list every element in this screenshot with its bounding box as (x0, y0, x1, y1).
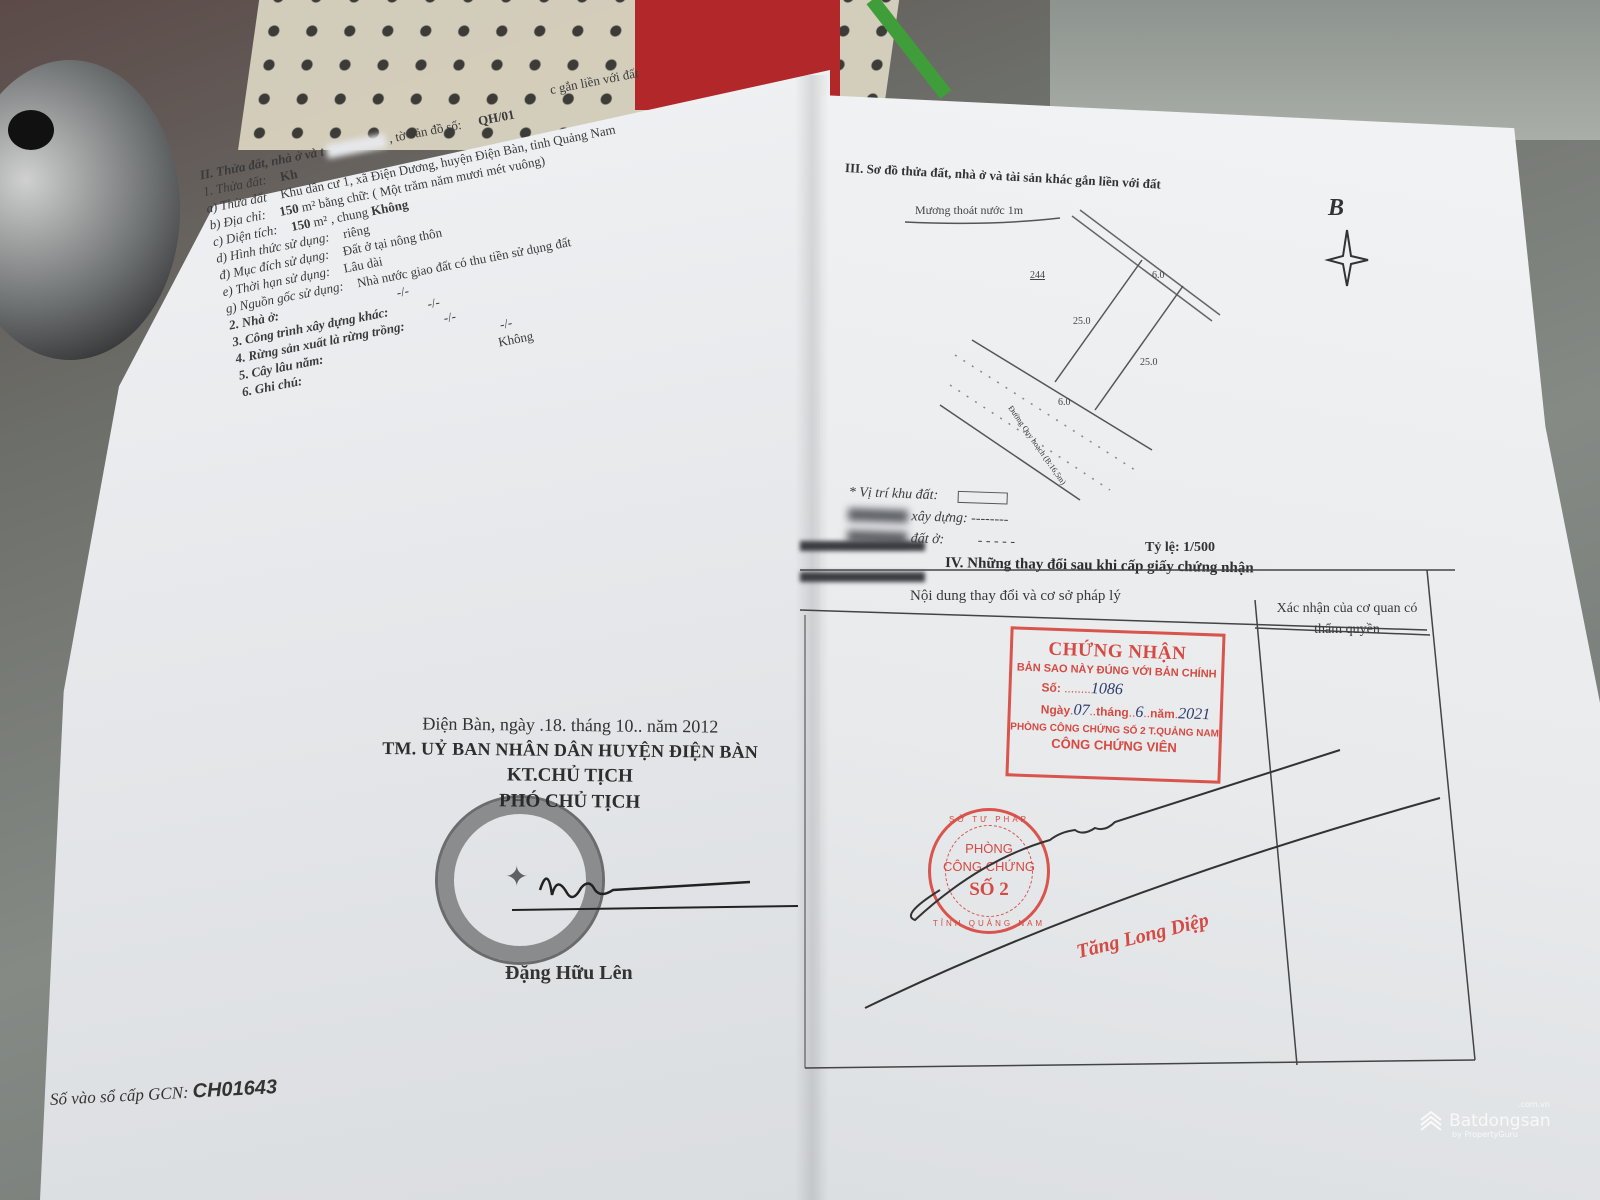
stamp-number: Số: ........1086 (1011, 677, 1221, 702)
table-header-changes: Nội dung thay đổi và cơ sở pháp lý (910, 588, 1121, 605)
issuer-signature-block: Điện Bàn, ngày .18. tháng 10.. năm 2012 … (354, 713, 785, 815)
watermark: Batdongsan .com.vn by PropertyGuru (1418, 1108, 1551, 1134)
svg-text:25.0: 25.0 (1073, 316, 1091, 327)
svg-text:25.0: 25.0 (1140, 357, 1158, 368)
forest-value: -/- (442, 308, 457, 325)
issue-date: Điện Bàn, ngày .18. tháng 10.. năm 2012 (355, 713, 785, 739)
svg-text:244: 244 (1030, 270, 1045, 281)
issuing-authority: TM. UỶ BAN NHÂN DÂN HUYỆN ĐIỆN BÀN (355, 738, 785, 764)
signer-name: Đặng Hữu Lên (505, 962, 633, 985)
issuer-signature-icon (510, 860, 800, 920)
perennial-trees-value: -/- (498, 315, 513, 332)
svg-text:6.0: 6.0 (1152, 270, 1165, 281)
parcel-diagram: 244 6.0 25.0 25.0 6.0 Đường Quy hoạch (B… (900, 200, 1240, 520)
redacted-text (848, 508, 908, 523)
house-logo-icon (1418, 1108, 1444, 1134)
stamp-date: Ngày.07..tháng..6..năm.2021 (1011, 699, 1221, 724)
signer-role-primary: KT.CHỦ TỊCH (355, 763, 785, 790)
other-construction-value: -/- (426, 294, 441, 311)
notary-signature-icon (860, 740, 1460, 1020)
table-header-confirmation: Xác nhận của cơ quan có thẩm quyền (1262, 598, 1432, 640)
svg-text:6.0: 6.0 (1058, 397, 1071, 408)
svg-text:Đường Quy hoạch (B:16,5m): Đường Quy hoạch (B:16,5m) (1006, 404, 1068, 487)
location-swatch (958, 491, 1008, 505)
house-value: -/- (395, 283, 410, 300)
north-label: B (1328, 195, 1344, 222)
gcn-number: CH01643 (192, 1076, 278, 1102)
watermark-brand: Batdongsan (1449, 1111, 1551, 1131)
north-arrow-icon (1322, 228, 1372, 288)
map-scale: Tỷ lệ: 1/500 (1145, 540, 1215, 556)
metal-container-opening (8, 110, 54, 150)
